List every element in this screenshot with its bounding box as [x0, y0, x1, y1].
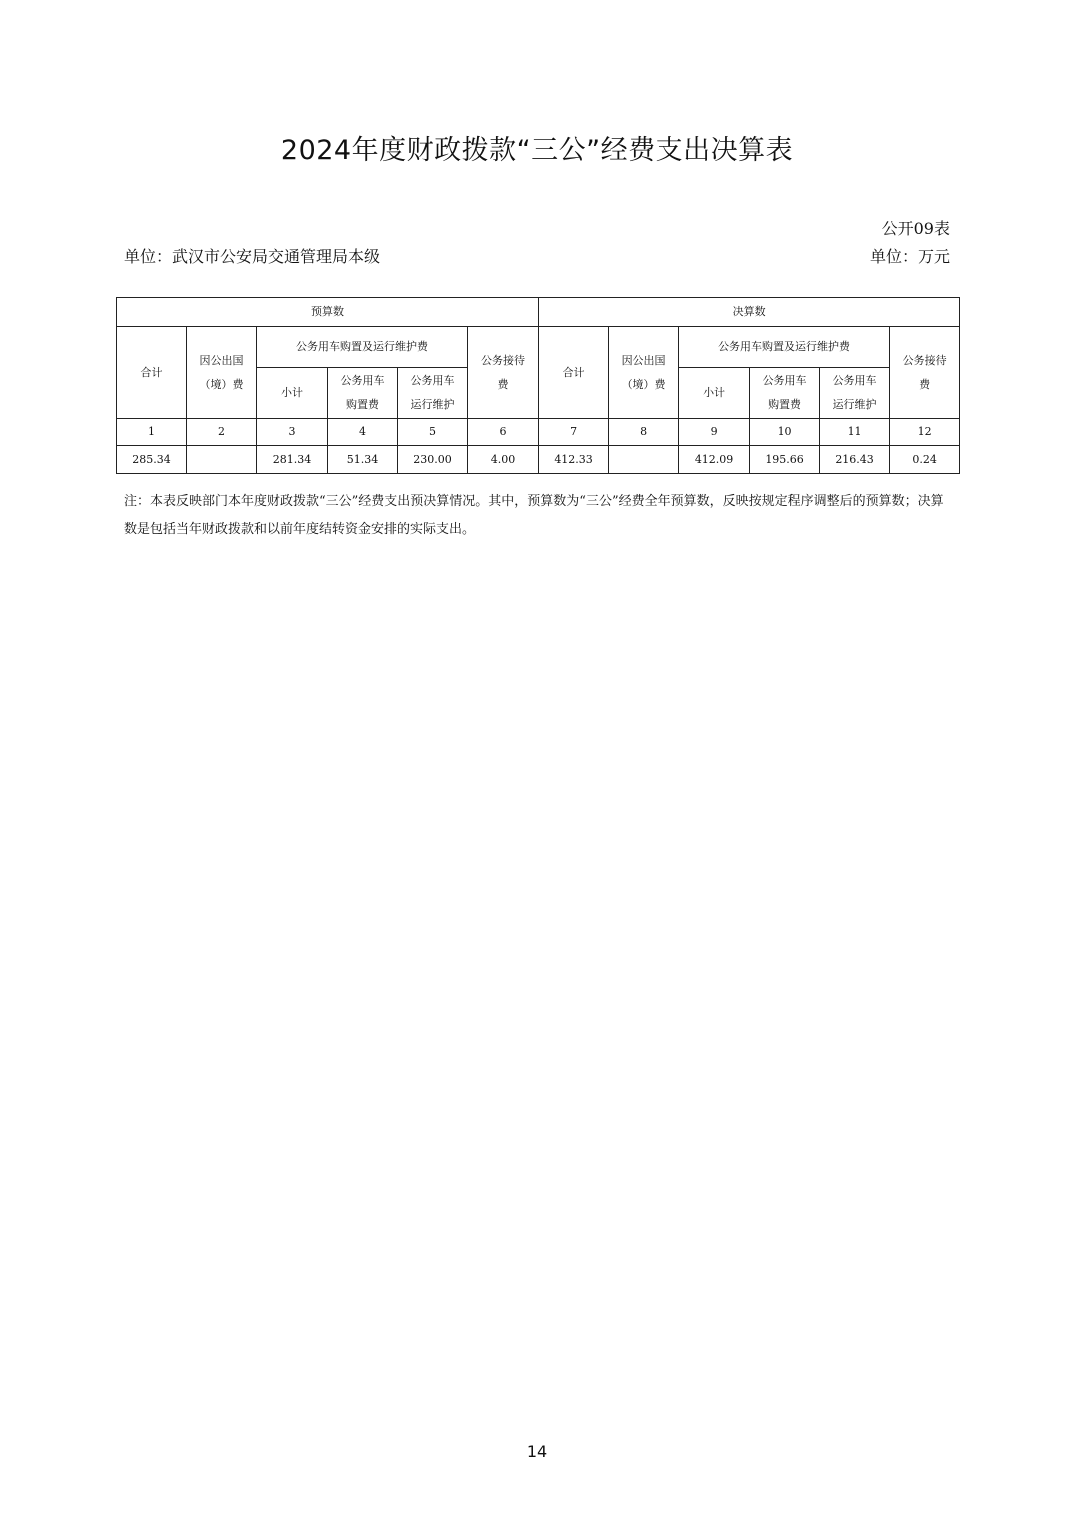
column-number: 11 [820, 419, 890, 446]
budget-reception-value: 4.00 [468, 446, 539, 474]
value-row: 285.34 281.34 51.34 230.00 4.00 412.33 4… [117, 446, 960, 474]
final-vehicle-operation-header: 公务用车运行维护 [820, 368, 890, 419]
final-abroad-value [609, 446, 679, 474]
final-vehicle-purchase-header: 公务用车购置费 [750, 368, 820, 419]
budget-total-header: 合计 [117, 327, 187, 419]
final-total-header: 合计 [539, 327, 609, 419]
budget-vehicle-operation-header: 公务用车运行维护 [398, 368, 468, 419]
unit-currency: 单位：万元 [870, 244, 950, 267]
column-number-row: 1 2 3 4 5 6 7 8 9 10 11 12 [117, 419, 960, 446]
column-number: 8 [609, 419, 679, 446]
budget-reception-header: 公务接待费 [468, 327, 539, 419]
column-number: 1 [117, 419, 187, 446]
final-reception-value: 0.24 [890, 446, 960, 474]
budget-vehicle-header: 公务用车购置及运行维护费 [257, 327, 468, 368]
column-number: 12 [890, 419, 960, 446]
column-number: 3 [257, 419, 328, 446]
budget-subtotal-value: 281.34 [257, 446, 328, 474]
group-header-row: 预算数 决算数 [117, 298, 960, 327]
header-row-1: 合计 因公出国（境）费 公务用车购置及运行维护费 公务接待费 合计 因公出国（境… [117, 327, 960, 368]
column-number: 10 [750, 419, 820, 446]
budget-vehicle-purchase-value: 51.34 [328, 446, 398, 474]
budget-abroad-header: 因公出国（境）费 [187, 327, 257, 419]
final-vehicle-purchase-value: 195.66 [750, 446, 820, 474]
final-subtotal-value: 412.09 [679, 446, 750, 474]
page-number: 14 [0, 1442, 1074, 1461]
budget-abroad-value [187, 446, 257, 474]
final-abroad-header: 因公出国（境）费 [609, 327, 679, 419]
form-code: 公开09表 [882, 216, 950, 239]
final-reception-header: 公务接待费 [890, 327, 960, 419]
column-number: 5 [398, 419, 468, 446]
budget-group-header: 预算数 [117, 298, 539, 327]
budget-total-value: 285.34 [117, 446, 187, 474]
column-number: 4 [328, 419, 398, 446]
column-number: 6 [468, 419, 539, 446]
column-number: 7 [539, 419, 609, 446]
column-number: 9 [679, 419, 750, 446]
final-group-header: 决算数 [539, 298, 960, 327]
final-vehicle-operation-value: 216.43 [820, 446, 890, 474]
expense-table: 预算数 决算数 合计 因公出国（境）费 公务用车购置及运行维护费 公务接待费 合… [116, 297, 960, 474]
budget-vehicle-operation-value: 230.00 [398, 446, 468, 474]
budget-vehicle-purchase-header: 公务用车购置费 [328, 368, 398, 419]
unit-organization: 单位：武汉市公安局交通管理局本级 [124, 244, 380, 267]
column-number: 2 [187, 419, 257, 446]
table-note: 注：本表反映部门本年度财政拨款“三公”经费支出预决算情况。其中，预算数为“三公”… [124, 488, 954, 544]
budget-subtotal-header: 小计 [257, 368, 328, 419]
final-vehicle-header: 公务用车购置及运行维护费 [679, 327, 890, 368]
final-subtotal-header: 小计 [679, 368, 750, 419]
final-total-value: 412.33 [539, 446, 609, 474]
page-title: 2024年度财政拨款“三公”经费支出决算表 [0, 128, 1074, 167]
